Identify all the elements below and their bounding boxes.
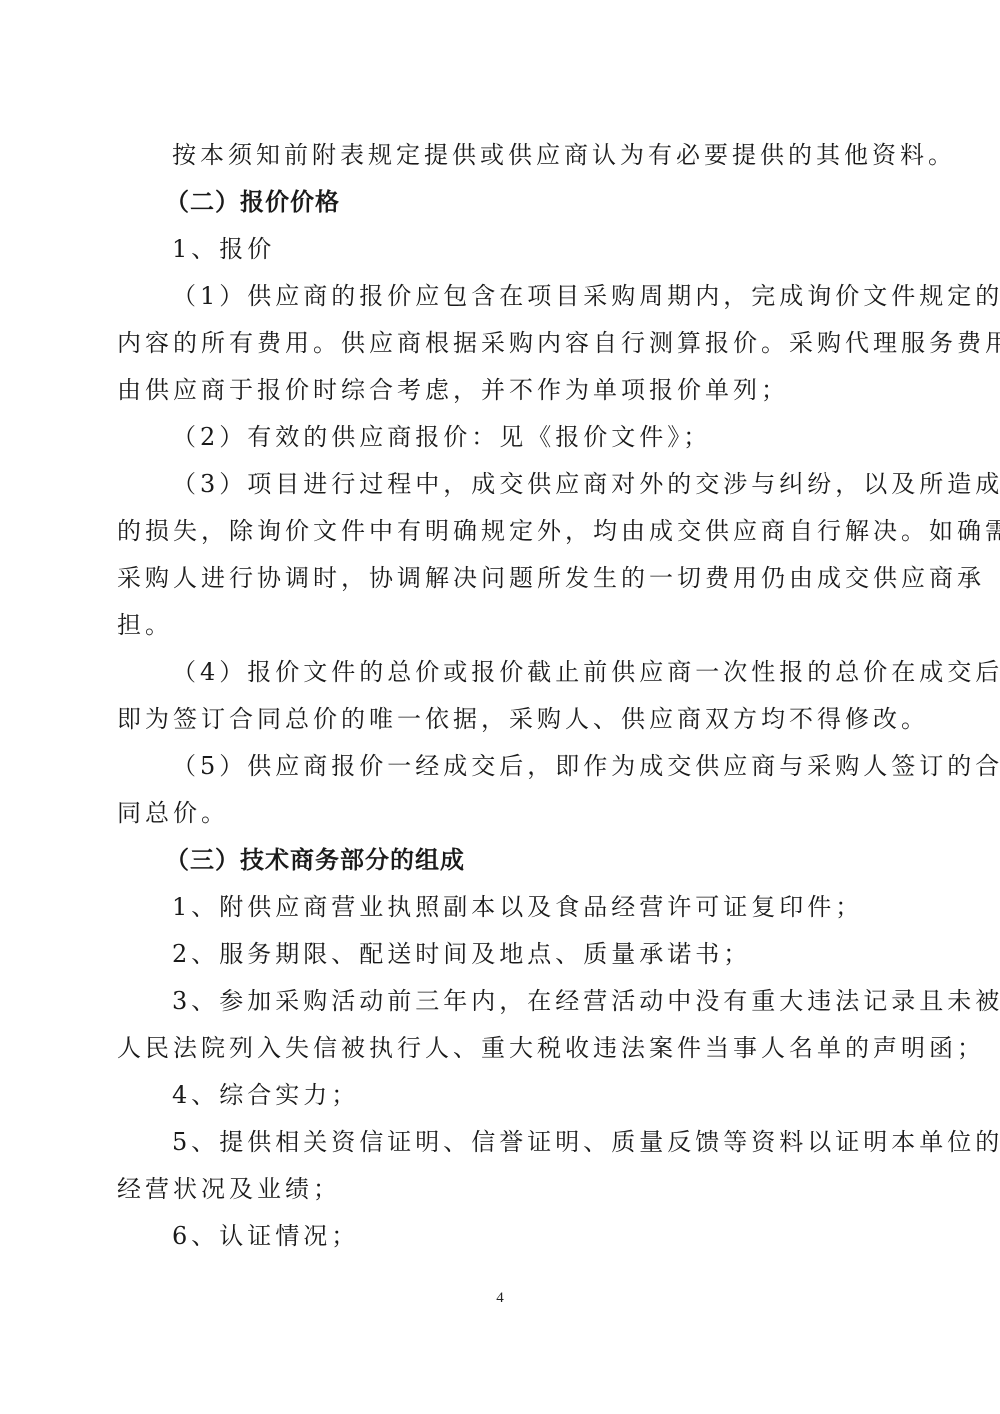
paragraph-line: （1）供应商的报价应包含在项目采购周期内，完成询价文件规定的 (117, 273, 877, 320)
subsection-title: 1、报价 (117, 226, 877, 273)
paragraph-line: 内容的所有费用。供应商根据采购内容自行测算报价。采购代理服务费用 (117, 320, 877, 367)
paragraph-line: （3）项目进行过程中，成交供应商对外的交涉与纠纷，以及所造成 (117, 461, 877, 508)
list-item-continuation: 经营状况及业绩； (117, 1166, 877, 1213)
document-page: 按本须知前附表规定提供或供应商认为有必要提供的其他资料。 （二）报价价格 1、报… (117, 132, 877, 1260)
paragraph-line: （2）有效的供应商报价：见《报价文件》； (117, 414, 877, 461)
list-item: 1、附供应商营业执照副本以及食品经营许可证复印件； (117, 884, 877, 931)
list-item-continuation: 人民法院列入失信被执行人、重大税收违法案件当事人名单的声明函； (117, 1025, 877, 1072)
list-item: 3、参加采购活动前三年内，在经营活动中没有重大违法记录且未被 (117, 978, 877, 1025)
page-number: 4 (0, 1290, 1000, 1307)
paragraph-line: （5）供应商报价一经成交后，即作为成交供应商与采购人签订的合 (117, 743, 877, 790)
list-item: 5、提供相关资信证明、信誉证明、质量反馈等资料以证明本单位的 (117, 1119, 877, 1166)
paragraph-line: （4）报价文件的总价或报价截止前供应商一次性报的总价在成交后 (117, 649, 877, 696)
paragraph-line: 同总价。 (117, 790, 877, 837)
list-item: 4、综合实力； (117, 1072, 877, 1119)
section-heading: （三）技术商务部分的组成 (117, 837, 877, 884)
paragraph-line: 的损失，除询价文件中有明确规定外，均由成交供应商自行解决。如确需 (117, 508, 877, 555)
list-item: 2、服务期限、配送时间及地点、质量承诺书； (117, 931, 877, 978)
paragraph-line: 采购人进行协调时，协调解决问题所发生的一切费用仍由成交供应商承 (117, 555, 877, 602)
section-heading: （二）报价价格 (117, 179, 877, 226)
list-item: 6、认证情况； (117, 1213, 877, 1260)
paragraph-line: 即为签订合同总价的唯一依据，采购人、供应商双方均不得修改。 (117, 696, 877, 743)
paragraph-line: 担。 (117, 602, 877, 649)
paragraph-line: 按本须知前附表规定提供或供应商认为有必要提供的其他资料。 (117, 132, 877, 179)
paragraph-line: 由供应商于报价时综合考虑，并不作为单项报价单列； (117, 367, 877, 414)
